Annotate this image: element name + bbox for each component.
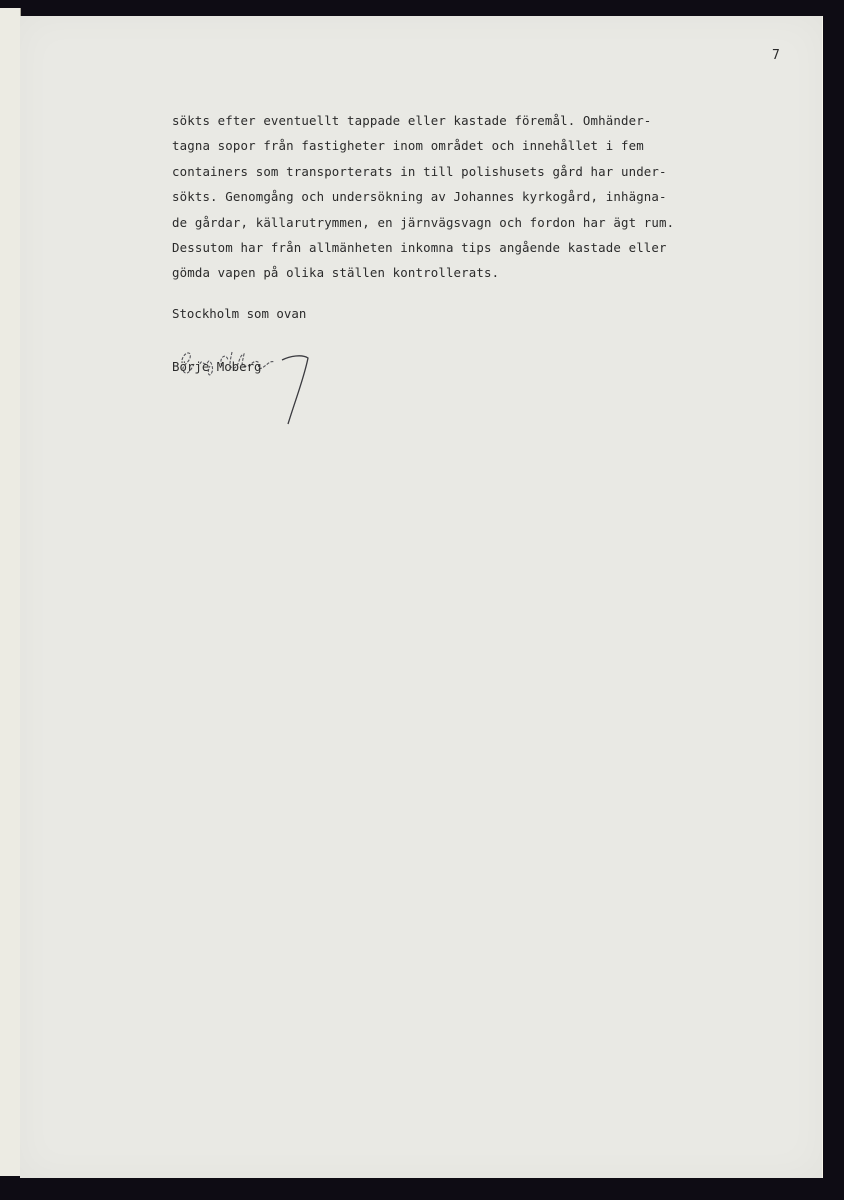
signature-icon: [170, 338, 320, 428]
body-line: sökts. Genomgång och undersökning av Joh…: [172, 184, 772, 209]
document-page: 7 sökts efter eventuellt tappade eller k…: [20, 16, 823, 1178]
scan-background: [0, 1178, 844, 1200]
closing-line: Stockholm som ovan: [172, 306, 306, 322]
body-line: gömda vapen på olika ställen kontrollera…: [172, 260, 772, 285]
body-line: de gårdar, källarutrymmen, en järnvägsva…: [172, 210, 772, 235]
body-line: tagna sopor från fastigheter inom område…: [172, 133, 772, 158]
signer-name: Börje Moberg: [172, 359, 262, 374]
page-number: 7: [772, 48, 780, 63]
body-paragraph: sökts efter eventuellt tappade eller kas…: [172, 108, 772, 286]
body-line: containers som transporterats in till po…: [172, 159, 772, 184]
body-line: sökts efter eventuellt tappade eller kas…: [172, 108, 772, 133]
body-line: Dessutom har från allmänheten inkomna ti…: [172, 235, 772, 260]
adjacent-page-edge: [0, 8, 21, 1176]
